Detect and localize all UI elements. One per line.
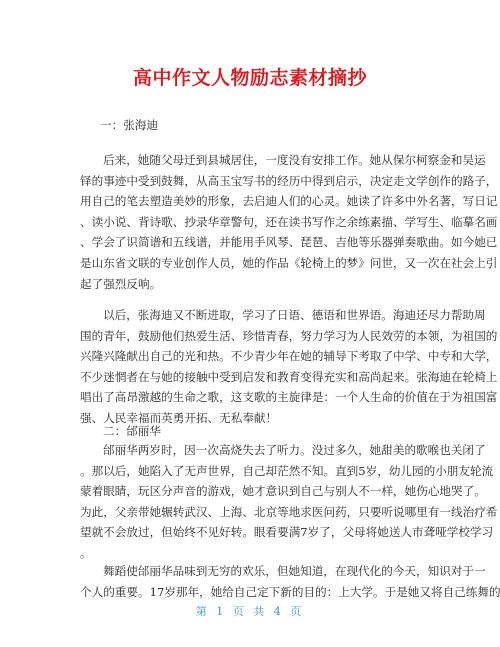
text-line: 起了强烈反响。 (80, 274, 423, 295)
text-line: 后来，她随父母迁到县城居住，一度没有安排工作。她从保尔柯察金和吴运 (80, 150, 423, 171)
page-number-footer: 第 1 页 共 4 页 (0, 603, 500, 619)
text-line: 围的青年，鼓励他们热爱生活、珍惜青春，努力学习为人民效劳的本领，为祖国的 (80, 326, 423, 347)
paragraph: 舞蹈使邰丽华品味到无穷的欢乐，但她知道，在现代化的今天，知识对于一 个人的重要。… (80, 561, 423, 602)
paragraph: 以后，张海迪又不断进取，学习了日语、德语和世界语。海迪还尽力帮助周 围的青年，鼓… (80, 305, 423, 429)
paragraph: 后来，她随父母迁到县城居住，一度没有安排工作。她从保尔柯察金和吴运 铎的事迹中受… (80, 150, 423, 294)
text-line: 、学会了识简谱和五线谱，并能用手风琴、琵琶、吉他等乐器弹奏歌曲。如今她已 (80, 232, 423, 253)
text-line: 铎的事迹中受到鼓舞，从高玉宝写书的经历中得到启示，决定走文学创作的路子， (80, 171, 423, 192)
document-page: 高中作文人物励志素材摘抄 一：张海迪 后来，她随父母迁到县城居住，一度没有安排工… (0, 0, 500, 647)
text-line: 邰丽华两岁时，因一次高烧失去了听力。没过多久，她甜美的歌喉也关闭了 (80, 440, 423, 461)
text-line: 用自己的笔去塑造美妙的形象，去启迪人们的心灵。她读了许多中外名著，写日记 (80, 191, 423, 212)
document-title: 高中作文人物励志素材摘抄 (0, 63, 500, 90)
text-line: 唱出了高昂激越的生命之歌，这支歌的主旋律是：一个人生命的价值在于为祖国富 (80, 387, 423, 408)
text-line: 为此，父亲带她辗转武汉、上海、北京等地求医问药，只要听说哪里有一线治疗希 (80, 502, 423, 523)
text-line: 蒙着眼睛，玩区分声音的游戏，她才意识到自己与别人不一样，她伤心地哭了。 (80, 481, 423, 502)
text-line: 、读小说、背诗歌、抄录华章警句，还在读书写作之余练素描、学写生、临摹名画 (80, 212, 423, 233)
text-line: 不少迷惘者在与她的接触中受到启发和教育变得充实和高尚起来。张海迪在轮椅上 (80, 367, 423, 388)
text-line: 以后，张海迪又不断进取，学习了日语、德语和世界语。海迪还尽力帮助周 (80, 305, 423, 326)
section-heading-1: 一：张海迪 (100, 117, 158, 133)
paragraph: 邰丽华两岁时，因一次高烧失去了听力。没过多久，她甜美的歌喉也关闭了 。那以后，她… (80, 440, 423, 564)
text-line: 个人的重要。17岁那年，她给自己定下新的目的：上大学。于是她又将自己练舞的 (80, 582, 423, 603)
text-line: 望就不会放过，但始终不见好转。眼看要满7岁了，父母将她送人市聋哑学校学习 (80, 522, 423, 543)
text-line: 是山东省文联的专业创作人员，她的作品《轮椅上的梦》问世，又一次在社会上引 (80, 253, 423, 274)
section-heading-2: 二：邰丽华 (103, 423, 161, 439)
text-line: 兴隆兴隆献出自己的光和热。不少青少年在她的辅导下考取了中学、中专和大学， (80, 346, 423, 367)
text-line: 舞蹈使邰丽华品味到无穷的欢乐，但她知道，在现代化的今天，知识对于一 (80, 561, 423, 582)
text-line: 。那以后，她陷入了无声世界，自己却茫然不知。直到5岁，幼儿园的小朋友轮流 (80, 461, 423, 482)
